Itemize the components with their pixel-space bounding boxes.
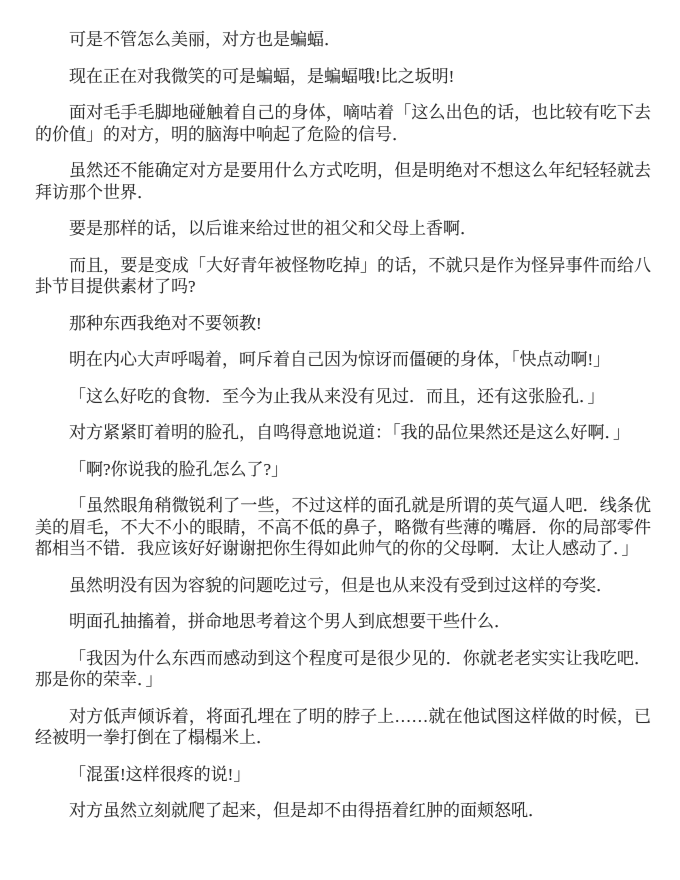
paragraph-11: 「啊?你说我的脸孔怎么了?」 bbox=[35, 459, 651, 481]
paragraph-13: 虽然明没有因为容貌的问题吃过亏，但是也从来没有受到过这样的夸奖． bbox=[35, 575, 651, 597]
paragraph-4: 虽然还不能确定对方是要用什么方式吃明，但是明绝对不想这么年纪轻轻就去拜访那个世界… bbox=[35, 160, 651, 203]
paragraph-2: 现在正在对我微笑的可是蝙蝠，是蝙蝠哦!比之坂明! bbox=[35, 66, 651, 88]
paragraph-1: 可是不管怎么美丽，对方也是蝙蝠． bbox=[35, 29, 651, 51]
paragraph-15: 「我因为什么东西而感动到这个程度可是很少见的．你就老老实实让我吃吧．那是你的荣幸… bbox=[35, 648, 651, 691]
paragraph-18: 对方虽然立刻就爬了起来，但是却不由得捂着红肿的面颊怒吼． bbox=[35, 800, 651, 822]
paragraph-7: 那种东西我绝对不要领教! bbox=[35, 313, 651, 335]
paragraph-14: 明面孔抽搐着，拼命地思考着这个男人到底想要干些什么． bbox=[35, 611, 651, 633]
paragraph-16: 对方低声倾诉着，将面孔埋在了明的脖子上……就在他试图这样做的时候，已经被明一拳打… bbox=[35, 706, 651, 749]
paragraph-8: 明在内心大声呼喝着，呵斥着自己因为惊讶而僵硬的身体，「快点动啊!」 bbox=[35, 349, 651, 371]
paragraph-12: 「虽然眼角稍微锐利了一些，不过这样的面孔就是所谓的英气逼人吧．线条优美的眉毛，不… bbox=[35, 495, 651, 560]
paragraph-10: 对方紧紧盯着明的脸孔，自鸣得意地说道：「我的品位果然还是这么好啊．」 bbox=[35, 422, 651, 444]
document-page: 可是不管怎么美丽，对方也是蝙蝠． 现在正在对我微笑的可是蝙蝠，是蝙蝠哦!比之坂明… bbox=[0, 0, 680, 880]
paragraph-5: 要是那样的话，以后谁来给过世的祖父和父母上香啊． bbox=[35, 218, 651, 240]
paragraph-9: 「这么好吃的食物．至今为止我从来没有见过．而且，还有这张脸孔．」 bbox=[35, 386, 651, 408]
paragraph-6: 而且，要是变成「大好青年被怪物吃掉」的话，不就只是作为怪异事件而给八卦节目提供素… bbox=[35, 255, 651, 298]
paragraph-3: 面对毛手毛脚地碰触着自己的身体，嘀咕着「这么出色的话，也比较有吃下去的价值」的对… bbox=[35, 102, 651, 145]
paragraph-17: 「混蛋!这样很疼的说!」 bbox=[35, 764, 651, 786]
